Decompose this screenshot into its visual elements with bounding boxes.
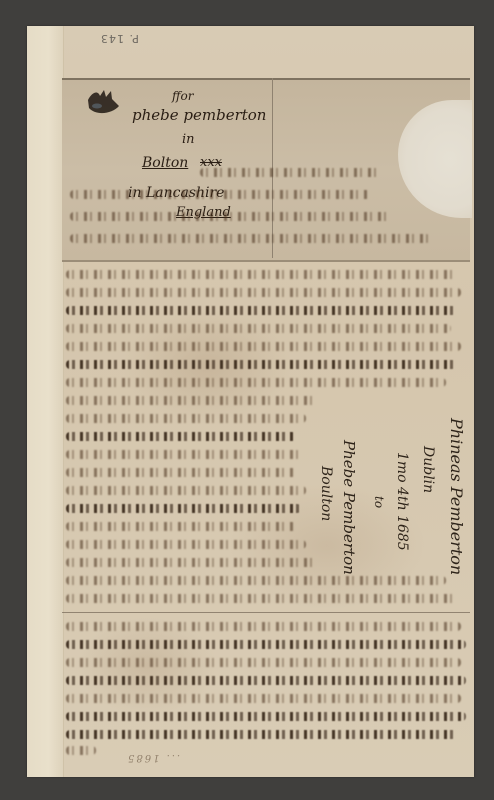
text-line: [66, 414, 306, 423]
text-line: [66, 432, 296, 441]
bleed-through-line: [70, 190, 370, 199]
text-line: [66, 306, 456, 315]
text-line: [66, 270, 456, 279]
text-line: [66, 558, 316, 567]
bleed-through-line: [70, 234, 430, 243]
bleed-through-line: [200, 168, 380, 177]
text-line: [66, 342, 461, 351]
text-line: [66, 676, 466, 685]
text-line: [66, 378, 446, 387]
docket-recipient-place: Boulton: [318, 466, 334, 521]
text-line: [66, 288, 461, 297]
text-line: [66, 396, 316, 405]
address-recipient: phebe pemberton: [132, 108, 266, 123]
address-line-in: in: [182, 133, 195, 146]
text-line: [66, 486, 306, 495]
wax-seal-remnant-icon: [86, 88, 120, 116]
text-line: [66, 360, 456, 369]
docket-to: to: [372, 496, 386, 508]
text-line: [66, 504, 301, 513]
docket-recipient: Phebe Pemberton: [340, 440, 358, 575]
scan-frame: P. 143 ffor phebe pemberton in Bolton xx…: [0, 0, 494, 800]
text-line: [66, 576, 446, 585]
mounting-hinge: [27, 26, 64, 777]
text-line: [66, 730, 456, 739]
text-line: [66, 450, 301, 459]
text-line: [66, 640, 466, 649]
faded-footer-note: ... 1685: [126, 752, 180, 763]
address-line-for: ffor: [172, 90, 193, 102]
archive-number: P. 143: [100, 32, 139, 45]
docket-date: 1mo 4th 1685: [394, 452, 410, 551]
text-line: [66, 468, 296, 477]
text-line: [66, 658, 461, 667]
text-line: [66, 712, 466, 721]
docket-place: Dublin: [420, 446, 436, 493]
text-line: [66, 694, 461, 703]
text-line: [66, 746, 96, 755]
text-line: [66, 324, 451, 333]
text-line: [66, 594, 456, 603]
text-line: [66, 522, 296, 531]
bleed-through-line: [70, 212, 390, 221]
docket-sender: Phineas Pemberton: [447, 418, 466, 575]
text-line: [66, 622, 461, 631]
address-town: Bolton: [142, 156, 188, 170]
text-line: [66, 540, 306, 549]
horizontal-fold-line: [62, 612, 470, 613]
